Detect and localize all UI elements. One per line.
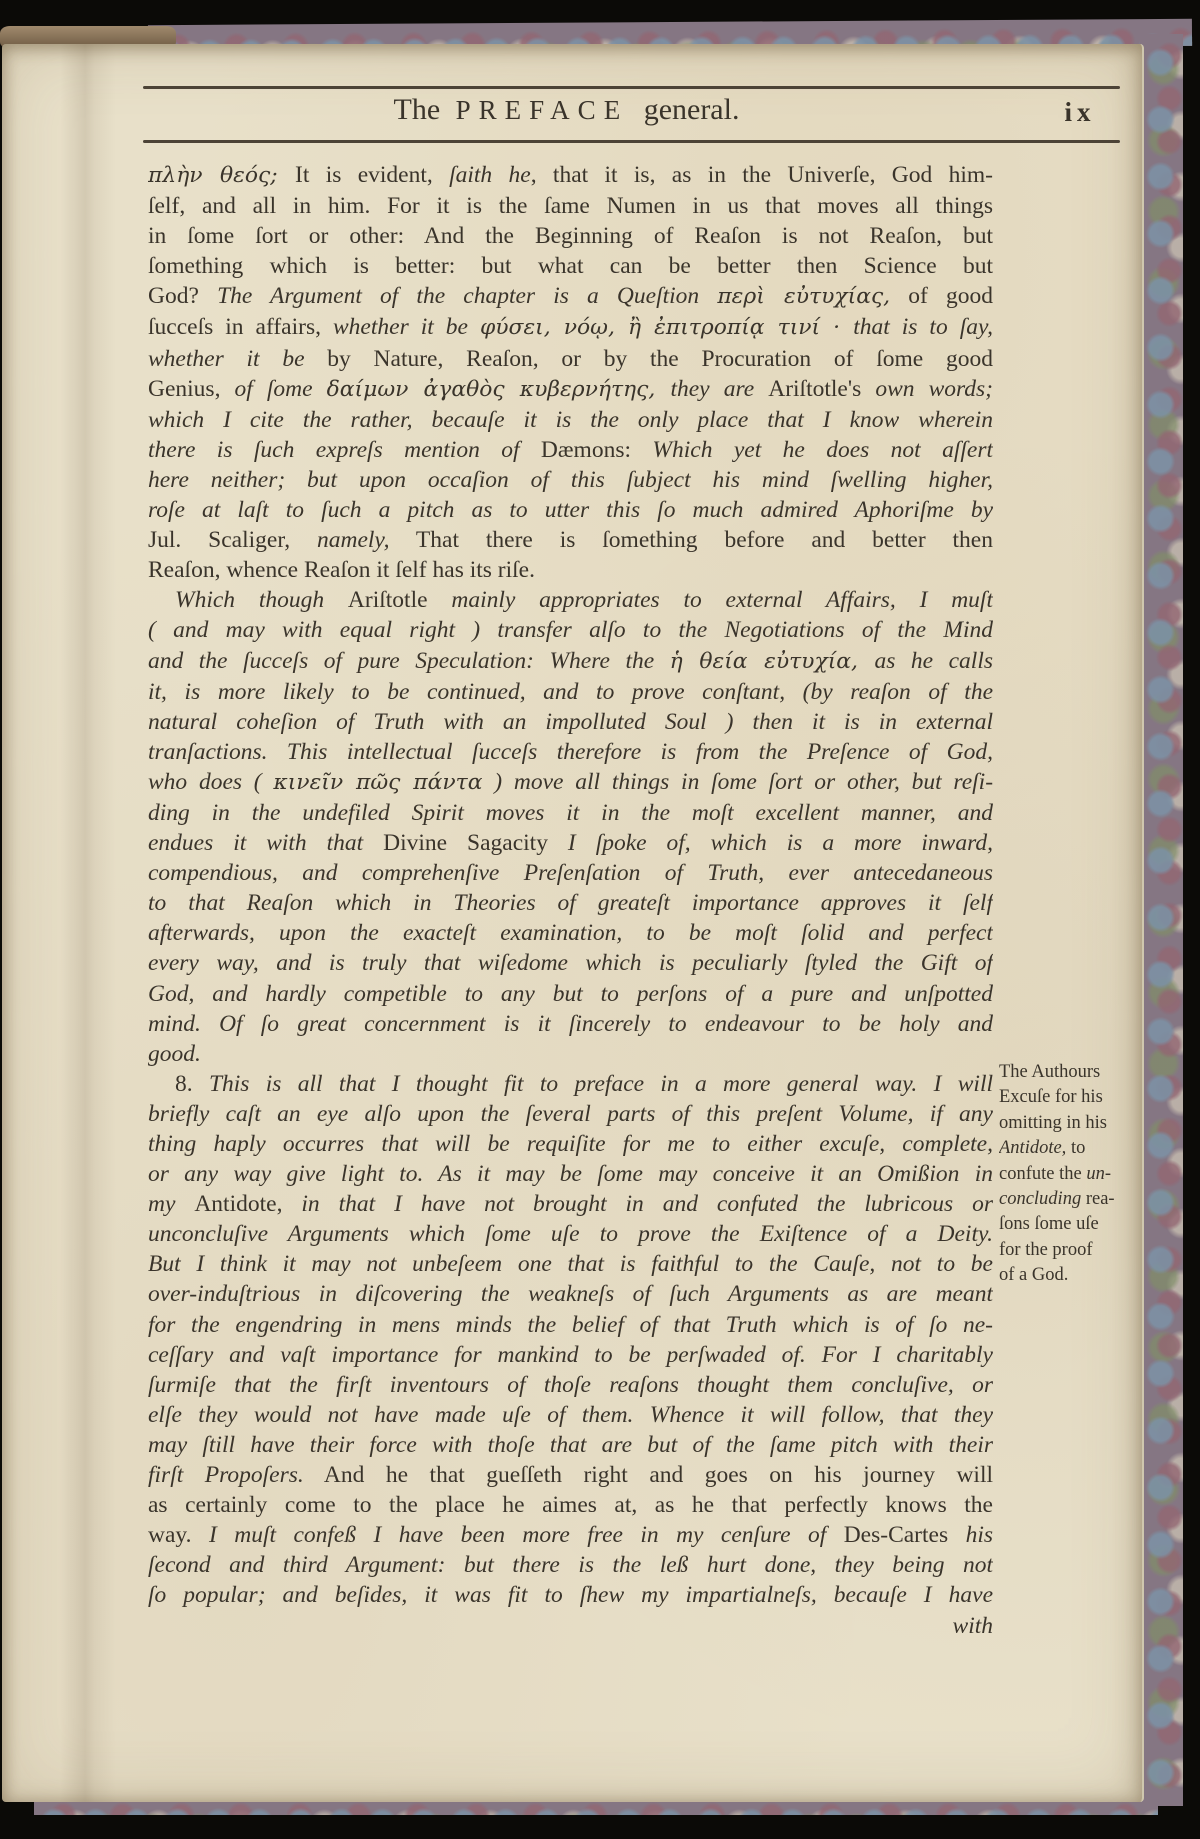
text-segment: elſe they would not have made uſe of the… [148, 1402, 993, 1428]
text-segment: Des-Cartes [844, 1522, 966, 1548]
text-segment: Ariſtotle [348, 587, 451, 613]
text-line: natural coheſion of Truth with an impoll… [148, 707, 993, 737]
text-line: mind. Of ſo great concernment is it ſinc… [148, 1009, 993, 1039]
text-segment: This is all that I thought fit to prefac… [209, 1071, 993, 1097]
text-segment: Antidote, [194, 1191, 301, 1217]
text-segment: Which yet he does not aſſert [652, 437, 993, 463]
text-segment: Genius, [148, 376, 235, 402]
text-line: of a God. [999, 1263, 1151, 1288]
text-segment: in ſome ſort or other: And the Beginning… [148, 223, 993, 249]
text-segment: for the engendring in mens minds the bel… [148, 1312, 993, 1338]
text-line: whether it be by Nature, Reaſon, or by t… [148, 344, 993, 374]
catchword: with [148, 1611, 993, 1641]
text-line: ſomething which is better: but what can … [148, 251, 993, 281]
header-post: general. [644, 93, 740, 126]
text-segment: who does ( [148, 769, 273, 795]
text-line: over-induſtrious in diſcovering the weak… [148, 1279, 993, 1309]
text-segment: good. [148, 1041, 201, 1067]
text-segment: by Nature, Reaſon, or by the Procuration… [327, 346, 993, 372]
text-segment: firſt Propoſers. [148, 1462, 304, 1488]
text-segment: to [1066, 1138, 1085, 1158]
greek-text: ἡ θεία εὐτυχία, [670, 649, 875, 674]
text-line: who does ( κινεῖν πῶς πάντα ) move all t… [148, 767, 993, 798]
text-line: here neither; but upon occaſion of this … [148, 465, 993, 495]
text-segment: thing haply occurres that will be requiſ… [148, 1131, 993, 1157]
text-segment: ſaith he [449, 162, 531, 188]
text-line: there is ſuch expreſs mention of Dæmons:… [148, 435, 993, 465]
greek-text: περὶ εὐτυχίας, [717, 284, 890, 309]
text-segment: it, is more likely to be continued, and … [148, 679, 993, 705]
text-line: good. [148, 1039, 993, 1069]
text-segment: omitting in his [999, 1113, 1107, 1133]
text-line: πλὴν θεός; It is evident, ſaith he, that… [148, 160, 993, 191]
text-line: ſurmiſe that the firſt inventours of tho… [148, 1370, 993, 1400]
text-segment: God, and hardly competible to any but to… [148, 981, 993, 1007]
text-segment: as he calls [875, 648, 993, 674]
text-line: and the ſucceſs of pure Speculation: Whe… [148, 646, 993, 677]
text-line: omitting in his [999, 1111, 1151, 1136]
text-line: elſe they would not have made uſe of the… [148, 1400, 993, 1430]
text-line: firſt Propoſers. And he that gueſſeth ri… [148, 1460, 993, 1490]
text-line: to that Reaſon which in Theories of grea… [148, 888, 993, 918]
text-segment: way. [148, 1522, 209, 1548]
text-segment: afterwards, upon the exacteſt examinatio… [148, 920, 993, 946]
text-segment: for the proof [999, 1240, 1093, 1260]
text-segment: whether it be [333, 314, 480, 340]
text-segment: tranſactions. This intellectual ſucceſs … [148, 739, 993, 765]
text-segment: ſecond and third Argument: but there is … [148, 1552, 993, 1578]
header-rule-top [143, 86, 1120, 89]
text-segment: compendious, and comprehenſive Preſenſat… [148, 860, 993, 886]
text-segment: as certainly come to the place he aimes … [148, 1492, 993, 1518]
text-line: Excuſe for his [999, 1085, 1151, 1110]
text-segment: Divine Sagacity [383, 830, 568, 856]
gutter-crease [60, 44, 116, 1802]
text-segment: mainly appropriates to external Affairs,… [451, 587, 993, 613]
text-line: in ſome ſort or other: And the Beginning… [148, 221, 993, 251]
text-segment: of a God. [999, 1265, 1068, 1285]
text-segment: natural coheſion of Truth with an impoll… [148, 709, 993, 735]
text-segment: ſons ſome uſe [999, 1214, 1099, 1234]
text-line: ſons ſome uſe [999, 1212, 1151, 1237]
text-segment: I muſt confeß I have been more free in m… [209, 1522, 844, 1548]
text-segment: Which though [175, 587, 348, 613]
text-segment: in that I have not brought in and confut… [301, 1191, 993, 1217]
page-number: ix [1038, 97, 1122, 128]
margin-note: The AuthoursExcuſe for hisomitting in hi… [999, 1060, 1151, 1289]
text-line: or any way give light to. As it may be ſ… [148, 1159, 993, 1189]
text-segment: rea- [1081, 1189, 1114, 1209]
text-segment: every way, and is truly that wiſedome wh… [148, 950, 993, 976]
text-segment: Reaſon, whence Reaſon it ſelf has its ri… [148, 557, 535, 583]
text-segment: un- [1086, 1164, 1111, 1184]
text-segment: unconcluſive Arguments which ſome uſe to… [148, 1221, 993, 1247]
text-line: ( and may with equal right ) transfer al… [148, 615, 993, 645]
text-segment: own words; [875, 376, 993, 402]
text-line: which I cite the rather, becauſe it is t… [148, 405, 993, 435]
text-segment: mind. Of ſo great concernment is it ſinc… [148, 1011, 993, 1037]
text-segment: ding in the undefiled Spirit moves it in… [148, 800, 993, 826]
text-segment: endues it with that [148, 830, 383, 856]
text-line: Jul. Scaliger, namely, That there is ſom… [148, 525, 993, 555]
text-segment: namely, [317, 527, 389, 553]
text-segment: ( and may with equal right ) transfer al… [148, 617, 993, 643]
running-header: The PREFACE general. [143, 93, 990, 127]
text-segment: that is to ſay, [853, 314, 993, 340]
body-text: πλὴν θεός; It is evident, ſaith he, that… [148, 160, 993, 1641]
text-segment: whether it be [148, 346, 327, 372]
text-line: thing haply occurres that will be requiſ… [148, 1129, 993, 1159]
text-line: Reaſon, whence Reaſon it ſelf has its ri… [148, 555, 993, 585]
text-segment: may ſtill have their force with thoſe th… [148, 1432, 993, 1458]
text-segment: to that Reaſon which in Theories of grea… [148, 890, 993, 916]
text-segment: ) move all things in ſome ſort or other,… [482, 769, 993, 795]
text-line: endues it with that Divine Sagacity I ſp… [148, 828, 993, 858]
text-segment: his [966, 1522, 993, 1548]
text-line: God? The Argument of the chapter is a Qu… [148, 281, 993, 312]
header-rule-bottom [143, 140, 1120, 143]
book-page: The PREFACE general. ix πλὴν θεός; It is… [2, 44, 1144, 1802]
text-segment: God? [148, 283, 217, 309]
text-line: ſecond and third Argument: but there is … [148, 1550, 993, 1580]
text-segment: confute the [999, 1164, 1086, 1184]
text-segment: over-induſtrious in diſcovering the weak… [148, 1281, 993, 1307]
text-segment: 8. [175, 1071, 209, 1097]
text-segment: Ariſtotle's [768, 376, 875, 402]
text-line: But I think it may not unbeſeem one that… [148, 1249, 993, 1279]
text-segment: ſo popular; and beſides, it was fit to ſ… [148, 1582, 993, 1608]
text-segment: of ſome [235, 376, 327, 402]
text-segment: of good [890, 283, 993, 309]
text-line: Antidote, to [999, 1136, 1151, 1161]
text-segment: which I cite the rather, becauſe it is t… [148, 407, 993, 433]
text-segment: and the ſucceſs of pure Speculation: Whe… [148, 648, 670, 674]
greek-text: φύσει, νόῳ, ἢ ἐπιτροπίᾳ τινί · [480, 315, 853, 340]
text-segment: roſe at laſt to ſuch a pitch as to utter… [148, 497, 993, 523]
text-segment: Antidote, [999, 1138, 1066, 1158]
text-line: afterwards, upon the exacteſt examinatio… [148, 918, 993, 948]
text-segment: ceſſary and vaſt importance for mankind … [148, 1342, 993, 1368]
text-line: ſucceſs in affairs, whether it be φύσει,… [148, 312, 993, 343]
text-segment: ſomething which is better: but what can … [148, 253, 993, 279]
text-line: my Antidote, in that I have not brought … [148, 1189, 993, 1219]
text-segment: , that it is, as in the Univerſe, God hi… [531, 162, 993, 188]
text-line: ding in the undefiled Spirit moves it in… [148, 798, 993, 828]
text-segment: Excuſe for his [999, 1087, 1103, 1107]
text-segment: It is evident, [295, 162, 449, 188]
text-segment: there is ſuch expreſs mention of [148, 437, 541, 463]
text-segment: I ſpoke of, which is a more inward, [568, 830, 993, 856]
text-line: every way, and is truly that wiſedome wh… [148, 948, 993, 978]
text-segment: The Authours [999, 1062, 1100, 1082]
scanned-book-photo: The PREFACE general. ix πλὴν θεός; It is… [0, 0, 1200, 1839]
text-line: concluding rea- [999, 1187, 1151, 1212]
text-line: briefly caſt an eye alſo upon the ſevera… [148, 1099, 993, 1129]
text-line: unconcluſive Arguments which ſome uſe to… [148, 1219, 993, 1249]
text-segment: Dæmons: [541, 437, 653, 463]
text-segment: with [953, 1613, 993, 1639]
text-line: God, and hardly competible to any but to… [148, 979, 993, 1009]
text-line: 8. This is all that I thought fit to pre… [148, 1069, 993, 1099]
text-segment: or any way give light to. As it may be ſ… [148, 1161, 993, 1187]
text-line: Which though Ariſtotle mainly appropriat… [148, 585, 993, 615]
text-line: roſe at laſt to ſuch a pitch as to utter… [148, 495, 993, 525]
text-segment: Jul. Scaliger, [148, 527, 317, 553]
text-segment: And he that gueſſeth right and goes on h… [304, 1462, 993, 1488]
text-line: The Authours [999, 1060, 1151, 1085]
text-line: for the engendring in mens minds the bel… [148, 1310, 993, 1340]
text-line: tranſactions. This intellectual ſucceſs … [148, 737, 993, 767]
text-segment: briefly caſt an eye alſo upon the ſevera… [148, 1101, 993, 1127]
greek-text: δαίμων ἀγαθὸς κυβερνήτης, [327, 377, 671, 402]
marbled-page-edge-right [1140, 34, 1183, 1806]
text-line: ſo popular; and beſides, it was fit to ſ… [148, 1580, 993, 1610]
text-segment: ſurmiſe that the firſt inventours of tho… [148, 1372, 993, 1398]
text-segment: ſucceſs in affairs, [148, 314, 333, 340]
text-segment: my [148, 1191, 194, 1217]
header-title: PREFACE [456, 95, 629, 125]
text-line: as certainly come to the place he aimes … [148, 1490, 993, 1520]
header-the: The [394, 93, 441, 126]
text-segment: But I think it may not unbeſeem one that… [148, 1251, 993, 1277]
text-segment: ſelf, and all in him. For it is the ſame… [148, 193, 993, 219]
text-segment: they are [670, 376, 768, 402]
greek-text: πλὴν θεός; [148, 163, 295, 188]
text-segment: That there is ſomething before and bette… [389, 527, 993, 553]
text-line: compendious, and comprehenſive Preſenſat… [148, 858, 993, 888]
text-line: may ſtill have their force with thoſe th… [148, 1430, 993, 1460]
greek-text: κινεῖν πῶς πάντα [273, 770, 482, 795]
text-line: ſelf, and all in him. For it is the ſame… [148, 191, 993, 221]
text-line: it, is more likely to be continued, and … [148, 677, 993, 707]
text-segment: concluding [999, 1189, 1081, 1209]
text-segment: The Argument of the chapter is a Queſtio… [217, 283, 717, 309]
text-line: Genius, of ſome δαίμων ἀγαθὸς κυβερνήτης… [148, 374, 993, 405]
text-line: ceſſary and vaſt importance for mankind … [148, 1340, 993, 1370]
text-segment: here neither; but upon occaſion of this … [148, 467, 993, 493]
text-line: for the proof [999, 1238, 1151, 1263]
text-line: confute the un- [999, 1162, 1151, 1187]
text-line: way. I muſt confeß I have been more free… [148, 1520, 993, 1550]
